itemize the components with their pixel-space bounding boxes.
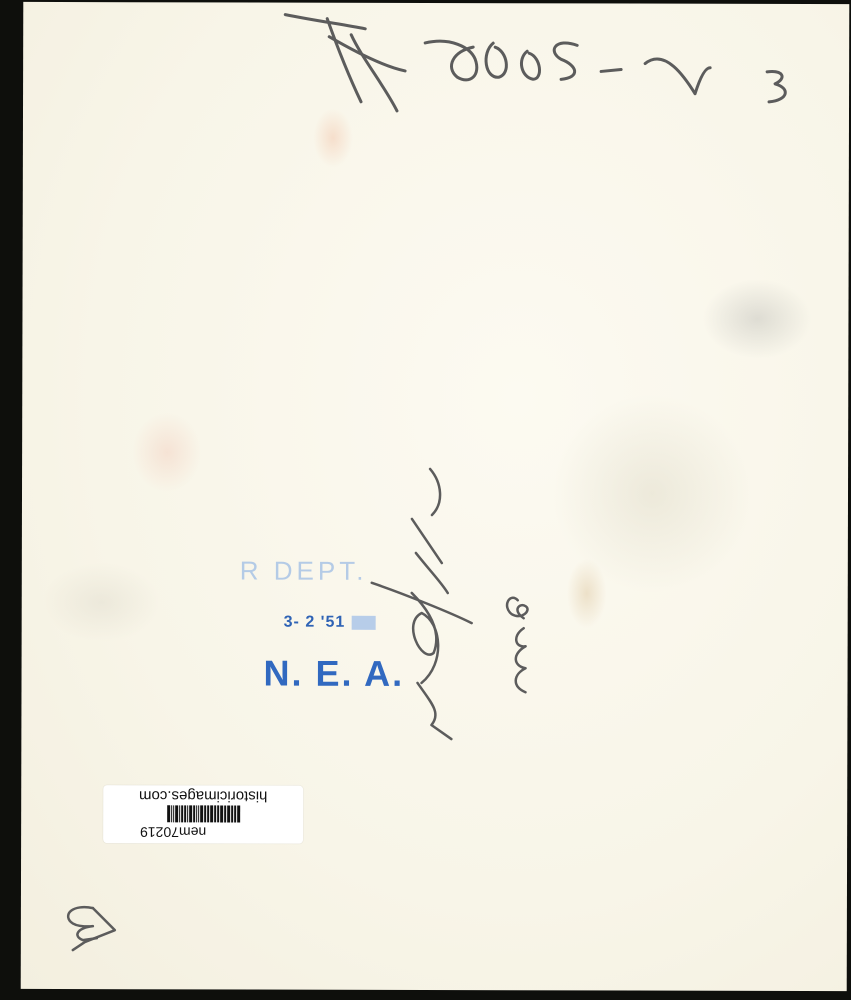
photo-back-paper: R DEPT. 3- 2 '51 N. E. A. nem70219 histo… <box>21 2 850 991</box>
sticker-site: historicimages.com <box>139 787 267 803</box>
stamp-organization: N. E. A. <box>263 653 404 695</box>
barcode <box>166 805 240 822</box>
stamp-smudge <box>351 616 375 630</box>
pencil-signature-icon <box>411 463 482 753</box>
pencil-note-icon <box>501 588 561 708</box>
stamp-date-text: 3- 2 '51 <box>284 614 346 631</box>
handwritten-note <box>501 588 561 713</box>
handwritten-initials <box>411 463 482 758</box>
pencil-handwriting-icon <box>285 7 825 118</box>
archive-sticker: nem70219 historicimages.com <box>103 785 303 844</box>
stain-mark <box>567 558 607 628</box>
stamp-department: R DEPT. <box>240 555 368 586</box>
sticker-item-code: nem70219 <box>140 824 206 839</box>
stain-mark <box>42 562 162 642</box>
stain-mark <box>132 412 202 492</box>
stamp-date: 3- 2 '51 <box>284 614 376 632</box>
handwritten-reference <box>285 7 825 123</box>
stain-mark <box>552 393 753 594</box>
stain-mark <box>702 279 812 359</box>
handwritten-mark <box>63 900 123 965</box>
pencil-mark-icon <box>63 900 123 960</box>
